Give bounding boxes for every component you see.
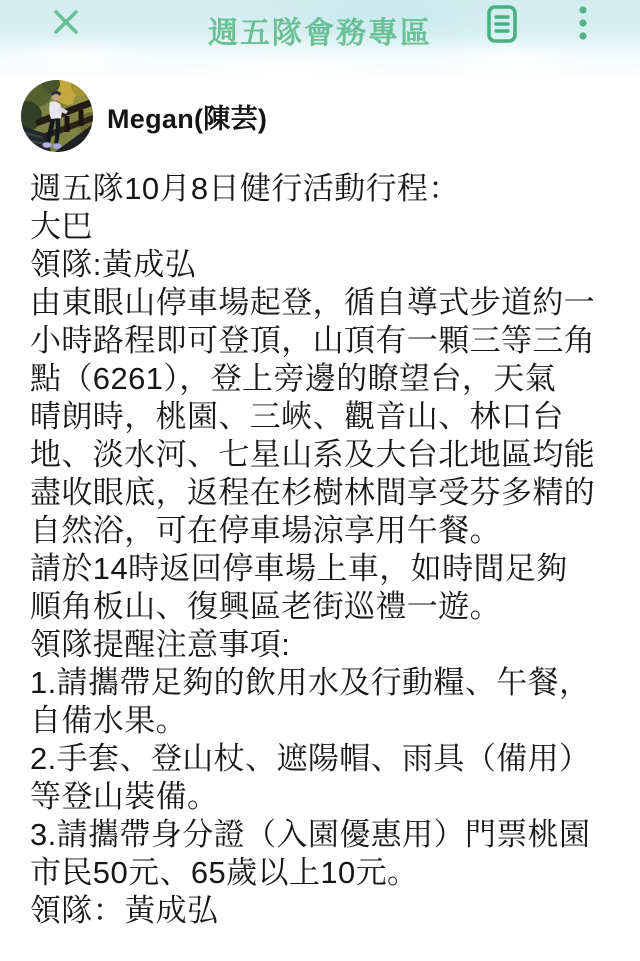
- author-row: Megan(陳芸): [21, 80, 267, 152]
- avatar[interactable]: [21, 80, 93, 152]
- message-line: 1.請攜帶足夠的飲用水及行動糧、午餐，: [30, 664, 616, 702]
- kebab-menu-icon: [570, 34, 596, 49]
- message-line: 領隊:黃成弘: [30, 246, 616, 284]
- note-document-icon: [486, 32, 518, 47]
- header-bar: 週五隊會務專區: [0, 0, 640, 52]
- message-line: 盡收眼底，返程在杉樹林間享受芬多精的: [30, 474, 616, 512]
- message-line: 3.請攜帶身分證（入園優惠用）門票桃園: [30, 816, 616, 854]
- message-line: 由東眼山停車場起登，循自導式步道約一: [30, 284, 616, 322]
- message-line: 自備水果。: [30, 702, 616, 740]
- message-line: 領隊：黃成弘: [30, 892, 616, 930]
- menu-button[interactable]: [570, 2, 596, 46]
- message-line: 市民50元、65歲以上10元。: [30, 854, 616, 892]
- note-screen: 週五隊會務專區: [0, 0, 640, 961]
- message-line: 小時路程即可登頂，山頂有一顆三等三角: [30, 322, 616, 360]
- message-line: 點（6261），登上旁邊的瞭望台，天氣: [30, 360, 616, 398]
- message-line: 地、淡水河、七星山系及大台北地區均能: [30, 436, 616, 474]
- message-line: 順角板山、復興區老街巡禮一遊。: [30, 588, 616, 626]
- message-line: 晴朗時，桃園、三峽、觀音山、林口台: [30, 398, 616, 436]
- message-line: 等登山裝備。: [30, 778, 616, 816]
- message-line: 大巴: [30, 208, 616, 246]
- author-name: Megan(陳芸): [107, 97, 267, 136]
- message-text: 週五隊10月8日健行活動行程：大巴領隊:黃成弘由東眼山停車場起登，循自導式步道約…: [30, 170, 616, 930]
- page-title: 週五隊會務專區: [0, 8, 640, 52]
- message-line: 請於14時返回停車場上車，如時間足夠: [30, 550, 616, 588]
- message-line: 自然浴，可在停車場涼享用午餐。: [30, 512, 616, 550]
- message-line: 2.手套、登山杖、遮陽帽、雨具（備用）: [30, 740, 616, 778]
- note-button[interactable]: [486, 4, 518, 44]
- message-line: 週五隊10月8日健行活動行程：: [30, 170, 616, 208]
- message-line: 領隊提醒注意事項:: [30, 626, 616, 664]
